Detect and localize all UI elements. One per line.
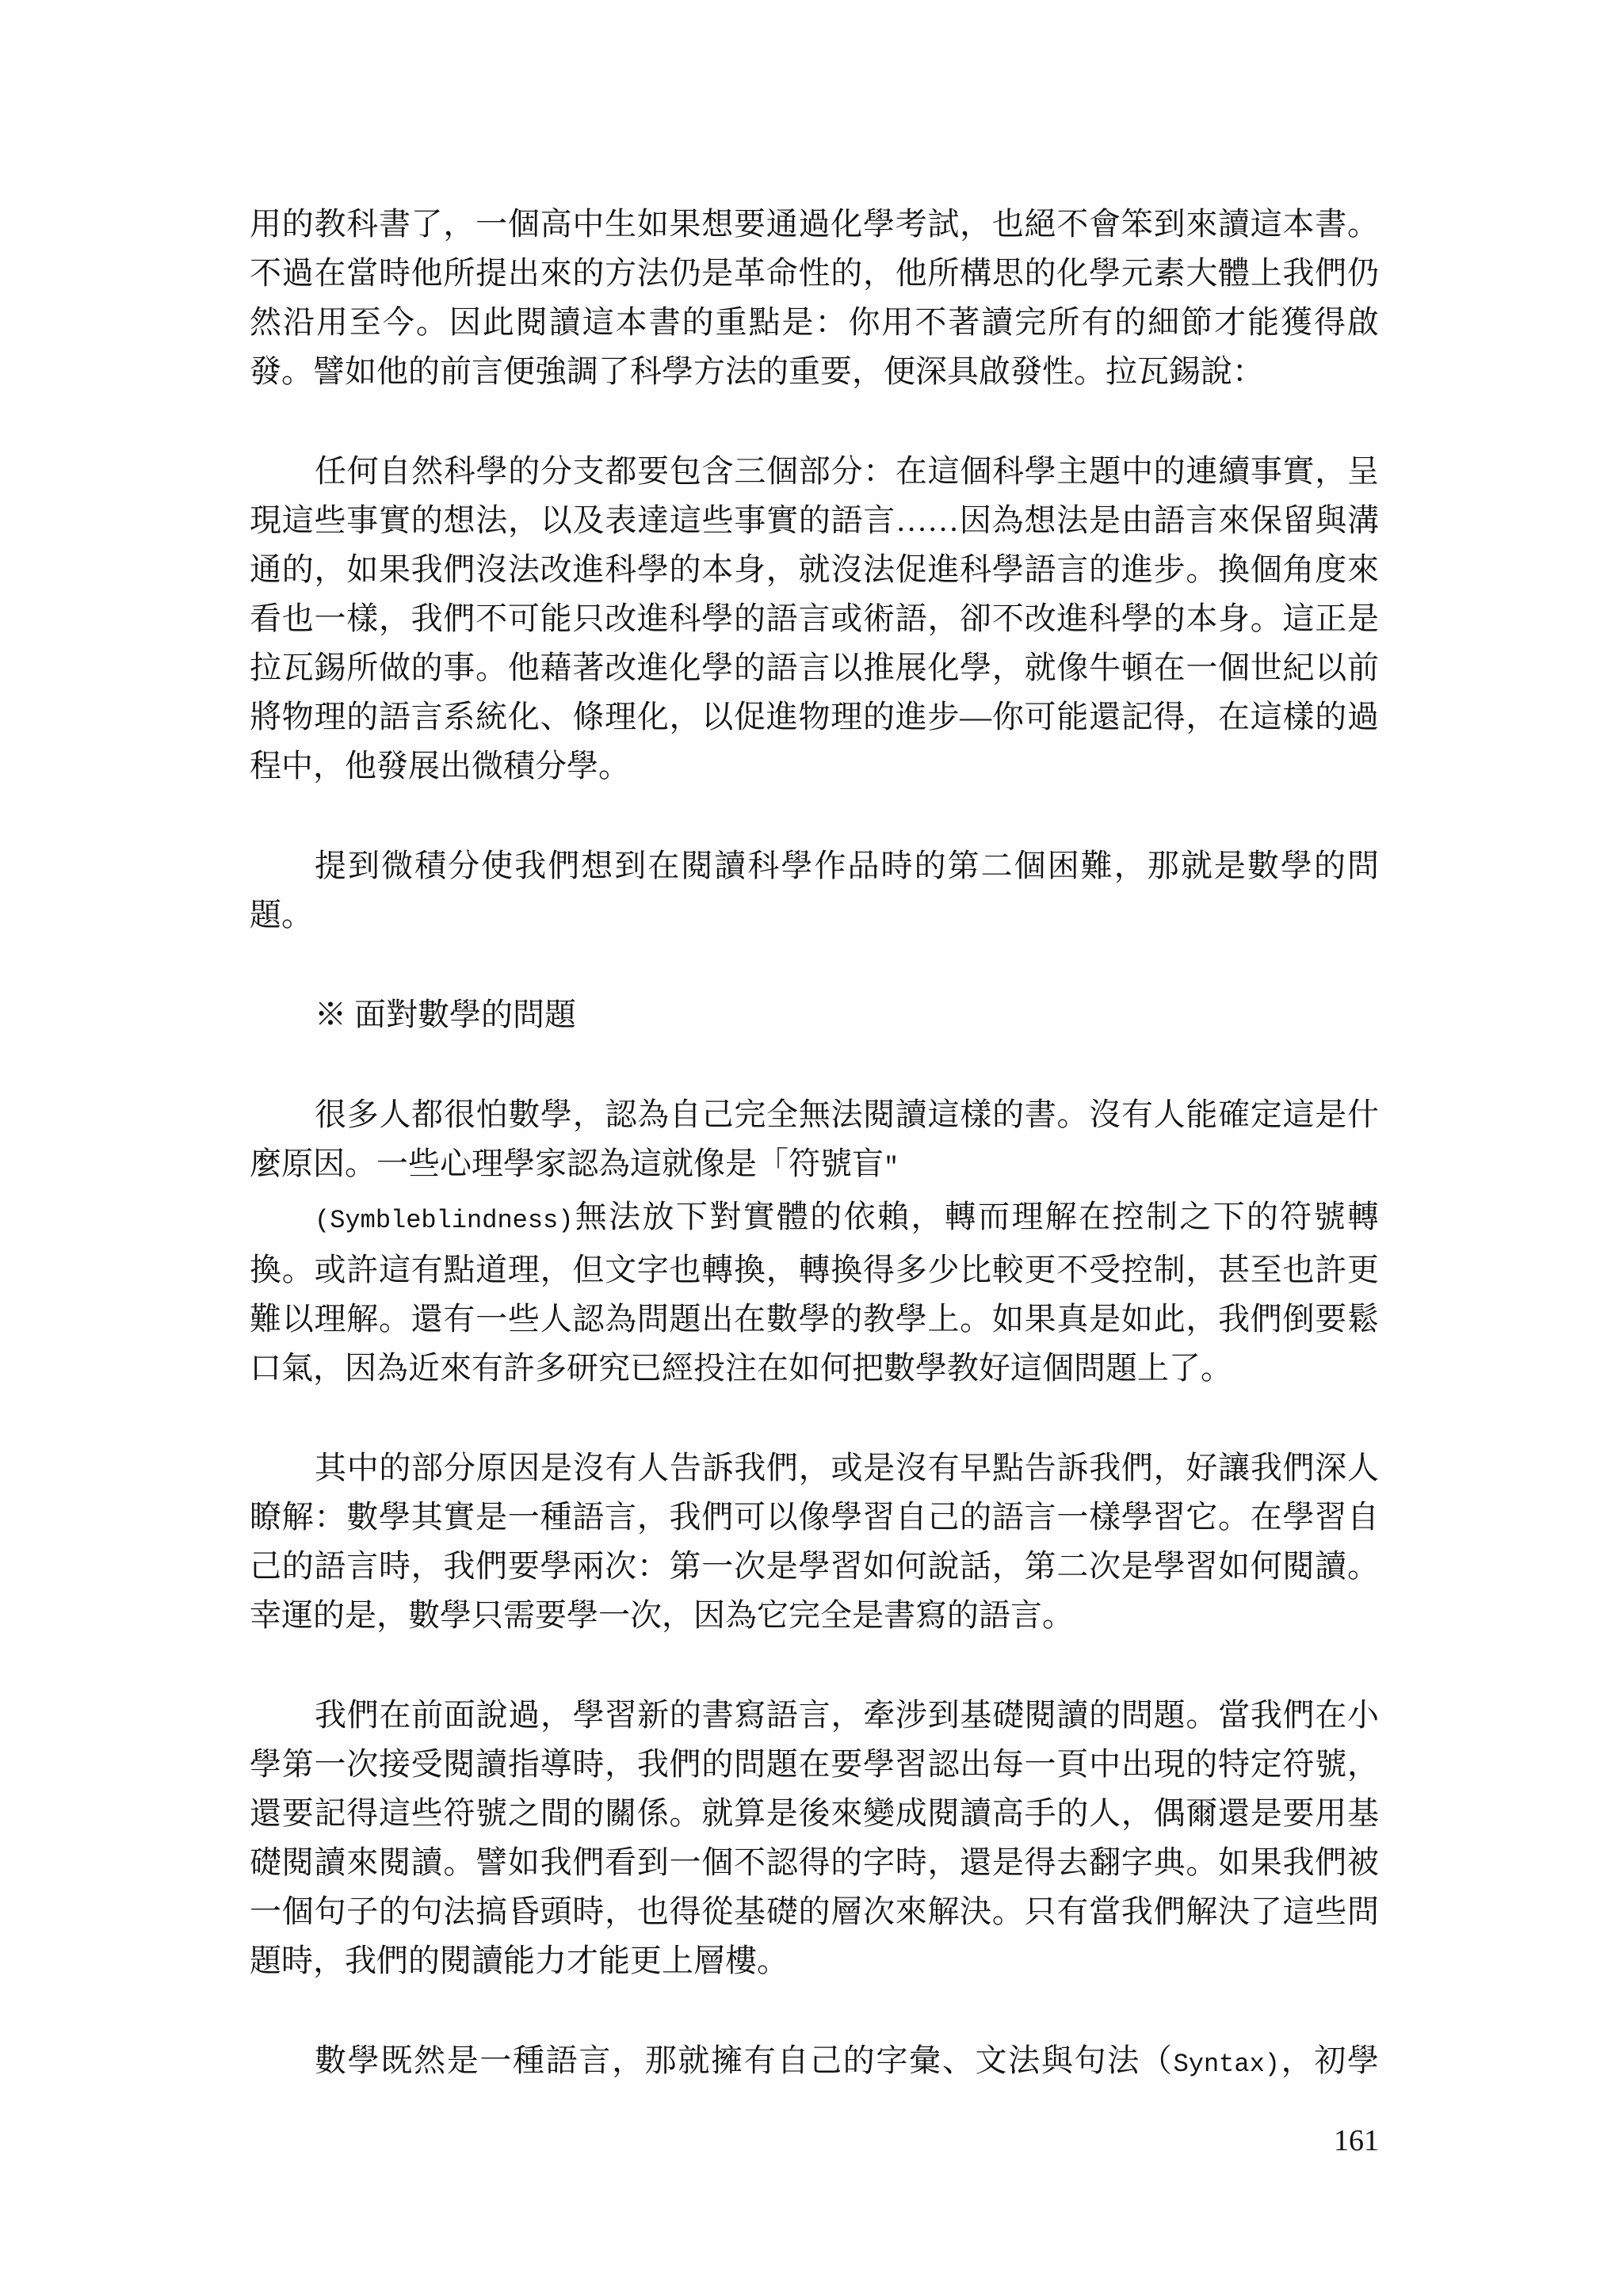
text-line: 題。 [250,891,1379,940]
book-page: 用的教科書了，一個高中生如果想要通過化學考試，也絕不會笨到來讀這本書。不過在當時… [0,0,1623,2296]
page-number: 161 [250,2125,1379,2157]
text-line: (Symbleblindness)無法放下對實體的依賴，轉而理解在控制之下的符號… [250,1192,1379,1245]
text-line: ※ 面對數學的問題 [250,990,1379,1039]
text-line: 還要記得這些符號之間的關係。就算是後來變成閱讀高手的人，偶爾還是要用基 [250,1789,1379,1838]
text-line: 己的語言時，我們要學兩次：第一次是學習如何說話，第二次是學習如何閱讀。 [250,1542,1379,1591]
text-line: 幸運的是，數學只需要學一次，因為它完全是書寫的語言。 [250,1591,1379,1640]
paragraph-7: 數學既然是一種語言，那就擁有自己的字彙、文法與句法（Syntax)，初學 [250,2036,1379,2089]
text-line: 看也一樣，我們不可能只改進科學的語言或術語，卻不改進科學的本身。這正是 [250,594,1379,643]
text-line: 瞭解：數學其實是一種語言，我們可以像學習自己的語言一樣學習它。在學習自 [250,1493,1379,1542]
text-line: 不過在當時他所提出來的方法仍是革命性的，他所構思的化學元素大體上我們仍 [250,249,1379,298]
text-line: 提到微積分使我們想到在閱讀科學作品時的第二個困難，那就是數學的問 [250,841,1379,891]
text-line: 換。或許這有點道理，但文字也轉換，轉換得多少比較更不受控制，甚至也許更 [250,1245,1379,1295]
paragraph-1: 用的教科書了，一個高中生如果想要通過化學考試，也絕不會笨到來讀這本書。不過在當時… [250,200,1379,396]
text-line: 其中的部分原因是沒有人告訴我們，或是沒有早點告訴我們，好讓我們深人 [250,1444,1379,1493]
text-line: 學第一次接受閱讀指導時，我們的問題在要學習認出每一頁中出現的特定符號， [250,1740,1379,1789]
text-line: 一個句子的句法搞昏頭時，也得從基礎的層次來解決。只有當我們解決了這些問 [250,1887,1379,1936]
latin-text: Syntax) [1174,2050,1280,2079]
text-line: 很多人都很怕數學，認為自己完全無法閱讀這樣的書。沒有人能確定這是什 [250,1090,1379,1139]
latin-text: " [884,1153,899,1182]
text-line: 現這些事實的想法，以及表達這些事實的語言……因為想法是由語言來保留與溝 [250,496,1379,545]
section-heading: ※ 面對數學的問題 [250,990,1379,1039]
text-line: 拉瓦錫所做的事。他藉著改進化學的語言以推展化學，就像牛頓在一個世紀以前 [250,643,1379,692]
paragraph-2-quote: 任何自然科學的分支都要包含三個部分：在這個科學主題中的連續事實，呈現這些事實的想… [250,447,1379,791]
text-line: 然沿用至今。因此閱讀這本書的重點是：你用不著讀完所有的細節才能獲得啟 [250,298,1379,347]
paragraph-4: 很多人都很怕數學，認為自己完全無法閱讀這樣的書。沒有人能確定這是什麼原因。一些心… [250,1090,1379,1393]
paragraph-6: 我們在前面說過，學習新的書寫語言，牽涉到基礎閱讀的問題。當我們在小學第一次接受閱… [250,1691,1379,1985]
latin-text: (Symbleblindness) [315,1206,573,1235]
text-line: 麼原因。一些心理學家認為這就像是「符號盲" [250,1139,1379,1192]
text-line: 礎閱讀來閱讀。譬如我們看到一個不認得的字時，還是得去翻字典。如果我們被 [250,1838,1379,1887]
text-line: 我們在前面說過，學習新的書寫語言，牽涉到基礎閱讀的問題。當我們在小 [250,1691,1379,1740]
text-line: 將物理的語言系統化、條理化，以促進物理的進步—你可能還記得，在這樣的過 [250,692,1379,742]
text-line: 口氣，因為近來有許多研究已經投注在如何把數學教好這個問題上了。 [250,1344,1379,1393]
text-line: 任何自然科學的分支都要包含三個部分：在這個科學主題中的連續事實，呈 [250,447,1379,496]
text-line: 題時，我們的閱讀能力才能更上層樓。 [250,1936,1379,1985]
text-line: 難以理解。還有一些人認為問題出在數學的教學上。如果真是如此，我們倒要鬆 [250,1295,1379,1344]
text-block: 用的教科書了，一個高中生如果想要通過化學考試，也絕不會笨到來讀這本書。不過在當時… [250,200,1379,2089]
text-line: 程中，他發展出微積分學。 [250,742,1379,791]
paragraph-3: 提到微積分使我們想到在閱讀科學作品時的第二個困難，那就是數學的問題。 [250,841,1379,940]
paragraph-5: 其中的部分原因是沒有人告訴我們，或是沒有早點告訴我們，好讓我們深人瞭解：數學其實… [250,1444,1379,1640]
text-line: 通的，如果我們沒法改進科學的本身，就沒法促進科學語言的進步。換個角度來 [250,545,1379,594]
text-line: 用的教科書了，一個高中生如果想要通過化學考試，也絕不會笨到來讀這本書。 [250,200,1379,249]
text-line: 發。譬如他的前言便強調了科學方法的重要，便深具啟發性。拉瓦錫說： [250,347,1379,396]
text-line: 數學既然是一種語言，那就擁有自己的字彙、文法與句法（Syntax)，初學 [250,2036,1379,2089]
